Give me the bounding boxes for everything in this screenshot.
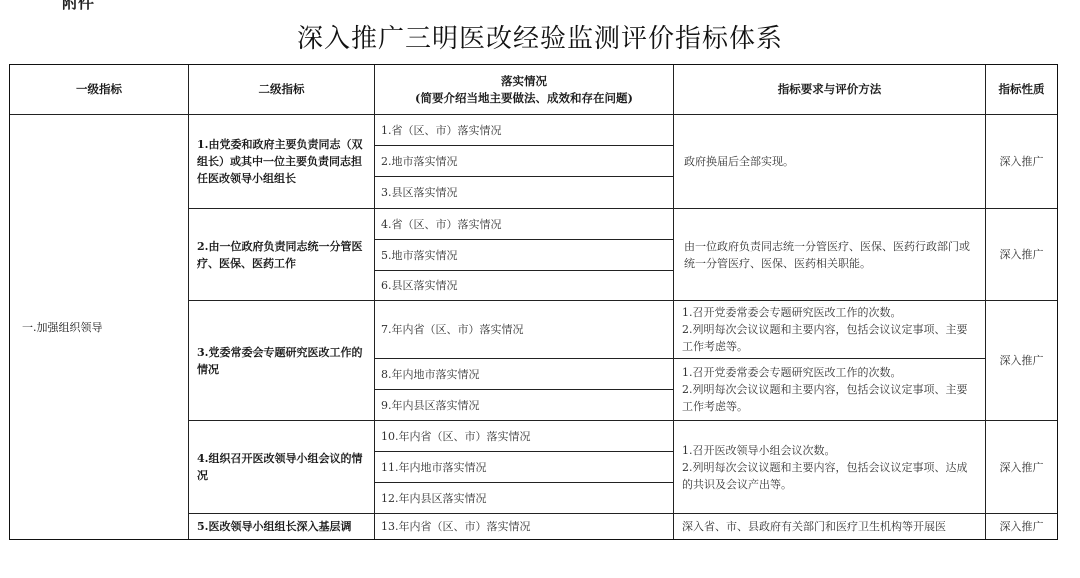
- requirements-cell-a: 1.召开党委常委会专题研究医改工作的次数。 2.列明每次会议议题和主要内容，包括…: [673, 300, 986, 359]
- header-level2: 二级指标: [188, 64, 375, 115]
- implementation-item[interactable]: 11.年内地市落实情况: [374, 451, 674, 483]
- level2-indicator-4: 4.组织召开医改领导小组会议的情况: [188, 420, 375, 514]
- implementation-item[interactable]: 10.年内省（区、市）落实情况: [374, 420, 674, 452]
- level2-indicator-2: 2.由一位政府负责同志统一分管医疗、医保、医药工作: [188, 208, 375, 301]
- level2-indicator-3: 3.党委常委会专题研究医改工作的情况: [188, 300, 375, 421]
- header-implementation-subtitle: (简要介绍当地主要做法、成效和存在问题): [415, 90, 633, 107]
- level2-indicator-5: 5.医改领导小组组长深入基层调: [188, 513, 375, 540]
- implementation-item[interactable]: 2.地市落实情况: [374, 145, 674, 177]
- implementation-item[interactable]: 5.地市落实情况: [374, 239, 674, 271]
- requirement-line: 1.召开党委常委会专题研究医改工作的次数。: [682, 364, 902, 381]
- header-requirements: 指标要求与评价方法: [673, 64, 986, 115]
- level2-indicator-1: 1.由党委和政府主要负责同志（双组长）或其中一位主要负责同志担任医改领导小组组长: [188, 114, 375, 209]
- nature-cell: 深入推广: [985, 513, 1058, 540]
- requirements-cell: 深入省、市、县政府有关部门和医疗卫生机构等开展医: [673, 513, 986, 540]
- requirement-line: 2.列明每次会议议题和主要内容，包括会议议定事项、主要工作考虑等。: [682, 321, 977, 355]
- implementation-item[interactable]: 7.年内省（区、市）落实情况: [374, 300, 674, 359]
- implementation-item[interactable]: 4.省（区、市）落实情况: [374, 208, 674, 240]
- requirements-cell: 政府换届后全部实现。: [673, 114, 986, 209]
- requirements-cell-b: 1.召开党委常委会专题研究医改工作的次数。 2.列明每次会议议题和主要内容，包括…: [673, 358, 986, 421]
- level1-indicator: 一.加强组织领导: [9, 114, 189, 540]
- nature-cell: 深入推广: [985, 300, 1058, 421]
- implementation-item[interactable]: 3.县区落实情况: [374, 176, 674, 209]
- attachment-label: 附件: [62, 0, 94, 13]
- header-implementation-title: 落实情况: [501, 73, 547, 90]
- page-title: 深入推广三明医改经验监测评价指标体系: [0, 18, 1080, 55]
- requirement-line: 2.列明每次会议议题和主要内容，包括会议议定事项、主要工作考虑等。: [682, 381, 977, 415]
- implementation-item[interactable]: 1.省（区、市）落实情况: [374, 114, 674, 146]
- implementation-item[interactable]: 12.年内县区落实情况: [374, 482, 674, 514]
- implementation-item[interactable]: 13.年内省（区、市）落实情况: [374, 513, 674, 540]
- nature-cell: 深入推广: [985, 114, 1058, 209]
- nature-cell: 深入推广: [985, 208, 1058, 301]
- requirement-line: 1.召开医改领导小组会议次数。: [682, 442, 836, 459]
- header-nature: 指标性质: [985, 64, 1058, 115]
- implementation-item[interactable]: 8.年内地市落实情况: [374, 358, 674, 390]
- nature-cell: 深入推广: [985, 420, 1058, 514]
- implementation-item[interactable]: 6.县区落实情况: [374, 270, 674, 301]
- header-implementation: 落实情况 (简要介绍当地主要做法、成效和存在问题): [374, 64, 674, 115]
- header-level1: 一级指标: [9, 64, 189, 115]
- requirement-line: 2.列明每次会议议题和主要内容，包括会议议定事项、达成的共识及会议产出等。: [682, 459, 977, 493]
- requirement-line: 1.召开党委常委会专题研究医改工作的次数。: [682, 304, 902, 321]
- implementation-item[interactable]: 9.年内县区落实情况: [374, 389, 674, 421]
- requirements-cell: 1.召开医改领导小组会议次数。 2.列明每次会议议题和主要内容，包括会议议定事项…: [673, 420, 986, 514]
- requirements-cell: 由一位政府负责同志统一分管医疗、医保、医药行政部门或统一分管医疗、医保、医药相关…: [673, 208, 986, 301]
